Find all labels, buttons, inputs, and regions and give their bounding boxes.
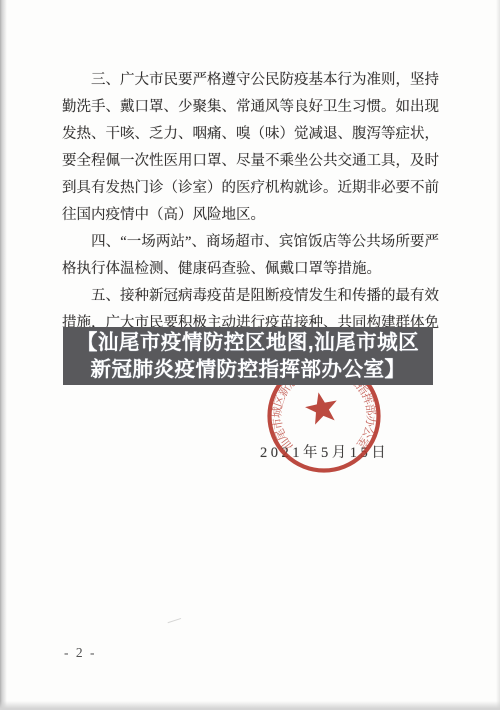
text-line: 发热、干咳、乏力、咽痛、嗅（味）觉减退、腹泻等症状， xyxy=(62,121,439,148)
page-edge-left xyxy=(0,0,7,710)
watermark-banner: 【汕尾市疫情防控区地图,汕尾市城区 新冠肺炎疫情防控指挥部办公室】 xyxy=(63,327,433,385)
text-line: 五、接种新冠病毒疫苗是阻断疫情发生和传播的最有效 xyxy=(62,283,439,310)
text-line: 到具有发热门诊（诊室）的医疗机构就诊。近期非必要不前 xyxy=(62,175,439,202)
page-number: - 2 - xyxy=(64,645,97,661)
document-body: 三、广大市民要严格遵守公民防疫基本行为准则，坚持 勤洗手、戴口罩、少聚集、常通风… xyxy=(62,67,439,337)
text-line: 格执行体温检测、健康码查验、佩戴口罩等措施。 xyxy=(62,256,439,283)
watermark-line-1: 【汕尾市疫情防控区地图,汕尾市城区 xyxy=(77,329,419,356)
page-edge-bottom xyxy=(0,701,500,710)
text-line: 三、广大市民要严格遵守公民防疫基本行为准则，坚持 xyxy=(62,67,439,94)
scanned-document-page: 三、广大市民要严格遵守公民防疫基本行为准则，坚持 勤洗手、戴口罩、少聚集、常通风… xyxy=(0,0,500,710)
page-edge-right xyxy=(496,0,500,710)
scan-smudge xyxy=(168,618,183,627)
watermark-line-2: 新冠肺炎疫情防控指挥部办公室】 xyxy=(91,356,406,383)
text-line: 往国内疫情中（高）风险地区。 xyxy=(62,202,439,229)
text-line: 四、“一场两站”、商场超市、宾馆饭店等公共场所要严 xyxy=(62,229,439,256)
text-line: 勤洗手、戴口罩、少聚集、常通风等良好卫生习惯。如出现 xyxy=(62,94,439,121)
star-icon xyxy=(303,389,341,426)
text-line: 要全程佩一次性医用口罩、尽量不乘坐公共交通工具，及时 xyxy=(62,148,439,175)
